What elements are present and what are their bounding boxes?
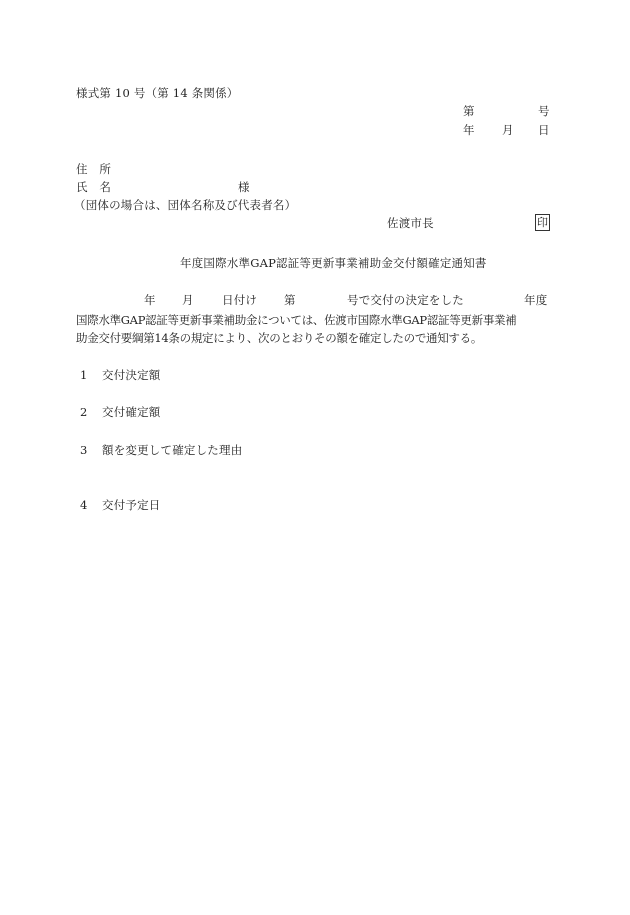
date-day: 日 bbox=[538, 123, 550, 137]
body-line-3: 助金交付要綱第14条の規定により、次のとおりその額を確定したので通知する。 bbox=[76, 329, 552, 347]
body-paragraph: 年 月 日付け 第 号で交付の決定をした 年度 国際水準GAP認証等更新事業補助… bbox=[76, 293, 552, 347]
item-1-number: 1 bbox=[80, 368, 88, 382]
address-label: 住 所 bbox=[76, 162, 111, 176]
body-year: 年 bbox=[144, 293, 156, 307]
body-no-prefix: 第 bbox=[284, 293, 296, 307]
item-2-label: 交付確定額 bbox=[102, 405, 161, 419]
item-4-label: 交付予定日 bbox=[102, 498, 161, 512]
body-date-suffix: 日付け bbox=[222, 293, 257, 307]
item-2-number: 2 bbox=[80, 405, 88, 419]
date-year: 年 bbox=[463, 123, 475, 137]
item-1-label: 交付決定額 bbox=[102, 368, 161, 382]
form-number: 様式第 10 号（第 14 条関係） bbox=[76, 86, 239, 100]
body-decision-text: 号で交付の決定をした bbox=[347, 293, 464, 307]
group-note: （団体の場合は、団体名称及び代表者名） bbox=[74, 198, 296, 212]
body-line-1: 年 月 日付け 第 号で交付の決定をした 年度 bbox=[76, 293, 552, 311]
body-month: 月 bbox=[182, 293, 194, 307]
item-3-label: 額を変更して確定した理由 bbox=[102, 443, 242, 457]
ref-number-suffix: 号 bbox=[538, 104, 550, 118]
item-3-number: 3 bbox=[80, 443, 88, 457]
ref-number-prefix: 第 bbox=[463, 104, 475, 118]
body-line-2: 国際水準GAP認証等更新事業補助金については、佐渡市国際水準GAP認証等更新事業… bbox=[76, 311, 552, 329]
sender-title: 佐渡市長 bbox=[387, 216, 434, 230]
body-fiscal-year: 年度 bbox=[524, 293, 547, 307]
name-label: 氏 名 bbox=[76, 180, 111, 194]
honorific: 様 bbox=[238, 180, 250, 194]
document-title: 年度国際水準GAP認証等更新事業補助金交付額確定通知書 bbox=[180, 256, 487, 270]
item-4-number: 4 bbox=[80, 498, 88, 512]
date-month: 月 bbox=[502, 123, 514, 137]
seal-mark: 印 bbox=[535, 214, 550, 231]
